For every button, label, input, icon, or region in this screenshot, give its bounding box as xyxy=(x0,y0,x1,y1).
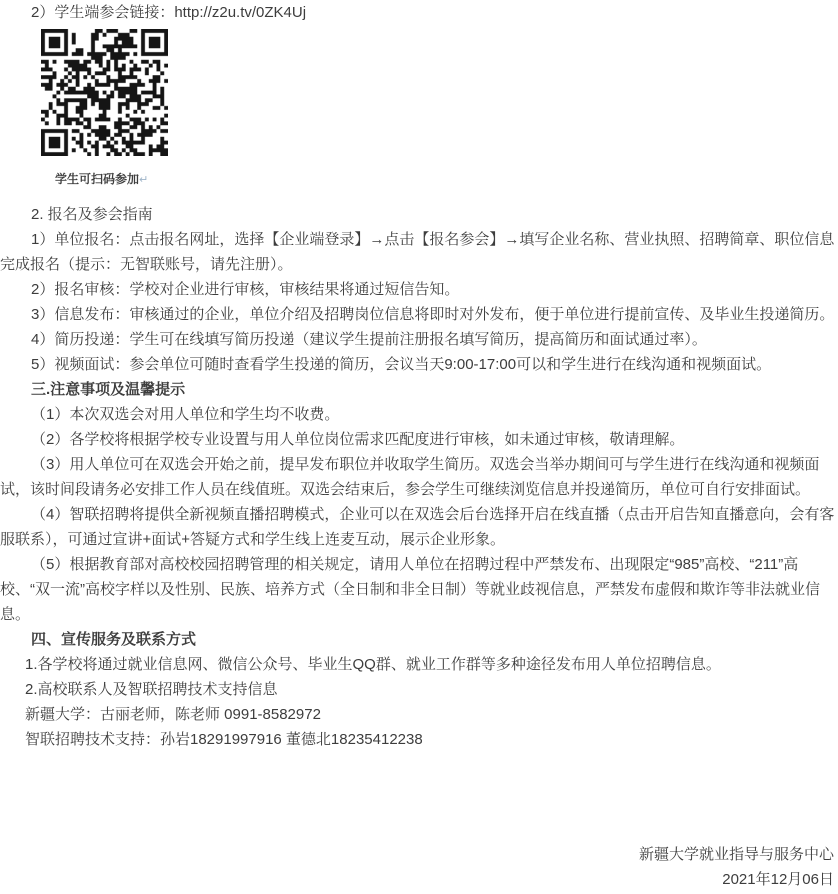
note-item: （2）各学校将根据学校专业设置与用人单位岗位需求匹配度进行审核，如未通过审核，敬… xyxy=(0,427,838,452)
guide-item: 5）视频面试：参会单位可随时查看学生投递的简历，会议当天9:00-17:00可以… xyxy=(0,352,838,377)
document-page: 2）学生端参会链接：http://z2u.tv/0ZK4Uj 学生可扫码参加↵ … xyxy=(0,0,838,894)
qr-caption: 学生可扫码参加↵ xyxy=(55,171,838,188)
guide-list: 1）单位报名：点击报名网址，选择【企业端登录】→点击【报名参会】→填写企业名称、… xyxy=(0,227,838,377)
note-item: （1）本次双选会对用人单位和学生均不收费。 xyxy=(0,402,838,427)
guide-section-title: 2. 报名及参会指南 xyxy=(0,202,838,227)
note-item: （4）智联招聘将提供全新视频直播招聘模式，企业可以在双选会后台选择开启在线直播（… xyxy=(0,502,838,552)
notes-section-title: 三.注意事项及温馨提示 xyxy=(0,377,838,402)
publicity-section-title: 四、宣传服务及联系方式 xyxy=(0,627,838,652)
paragraph-mark-icon: ↵ xyxy=(139,174,148,186)
footer: 新疆大学就业指导与服务中心 2021年12月06日 xyxy=(639,842,834,892)
guide-item: 4）简历投递：学生可在线填写简历投递（建议学生提前注册报名填写简历，提高简历和面… xyxy=(0,327,838,352)
note-item: （5）根据教育部对高校校园招聘管理的相关规定，请用人单位在招聘过程中严禁发布、出… xyxy=(0,552,838,627)
publicity-item: 新疆大学：古丽老师，陈老师 0991-8582972 xyxy=(0,702,838,727)
footer-date: 2021年12月06日 xyxy=(639,867,834,892)
qr-caption-text: 学生可扫码参加 xyxy=(55,172,139,186)
notes-list: （1）本次双选会对用人单位和学生均不收费。（2）各学校将根据学校专业设置与用人单… xyxy=(0,402,838,627)
note-item: （3）用人单位可在双选会开始之前，提早发布职位并收取学生简历。双选会当举办期间可… xyxy=(0,452,838,502)
student-link-line[interactable]: 2）学生端参会链接：http://z2u.tv/0ZK4Uj xyxy=(0,0,838,25)
footer-org: 新疆大学就业指导与服务中心 xyxy=(639,842,834,867)
guide-item: 2）报名审核：学校对企业进行审核，审核结果将通过短信告知。 xyxy=(0,277,838,302)
qr-code xyxy=(41,29,168,156)
publicity-item: 2.高校联系人及智联招聘技术支持信息 xyxy=(0,677,838,702)
publicity-item: 智联招聘技术支持：孙岩18291997916 董德北18235412238 xyxy=(0,727,838,752)
publicity-item: 1.各学校将通过就业信息网、微信公众号、毕业生QQ群、就业工作群等多种途径发布用… xyxy=(0,652,838,677)
guide-item: 3）信息发布：审核通过的企业，单位介绍及招聘岗位信息将即时对外发布，便于单位进行… xyxy=(0,302,838,327)
publicity-list: 1.各学校将通过就业信息网、微信公众号、毕业生QQ群、就业工作群等多种途径发布用… xyxy=(0,652,838,752)
guide-item: 1）单位报名：点击报名网址，选择【企业端登录】→点击【报名参会】→填写企业名称、… xyxy=(0,227,838,277)
